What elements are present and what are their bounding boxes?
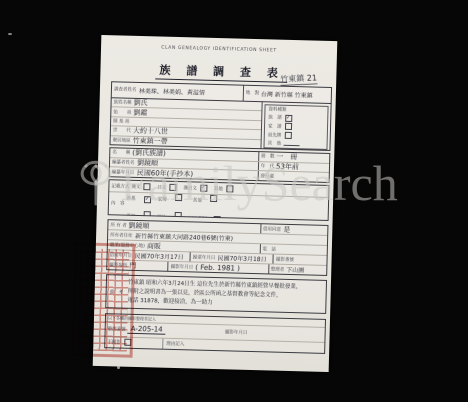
handwritten-page-note: 竹東鎮 21 [280, 72, 317, 86]
scan-speck [8, 33, 12, 35]
place-value: 台灣 新竹縣 竹東鎮 [261, 89, 314, 99]
return-date: 民國70年3月18日 [217, 253, 267, 263]
source-type-box: 資料種類 族 譜 ✓ 家 譜 祖先牌 [263, 104, 328, 150]
content-row: 內 容 世系 ✓ 系圖 家傳 照片 其他 (部分攝影) [109, 192, 329, 220]
section-book-info: 名 稱 (劉氏族譜) 冊 數 一 冊 編纂者姓名 劉鏡順 年 代 53年前 [109, 147, 331, 183]
english-header: CLAN GENEALOGY IDENTIFICATION SHEET [101, 44, 337, 55]
remarks-text: 竹東鎮 昭和六年3月24日生 這位先生於新竹縣竹東鎮經營早餐批發業， 所附之說明… [125, 276, 326, 313]
generations: 大約十八世 [132, 126, 168, 137]
checkbox-other-content [210, 195, 217, 202]
compile-date: 民國60年(手抄本) [136, 168, 193, 179]
seal-pattern [78, 248, 130, 351]
checkbox-genealogy: ✓ [285, 115, 292, 122]
settlement-area: 竹東鎮一帶 [132, 136, 168, 147]
checkbox-chart [143, 211, 150, 218]
volume-count: 一 冊 [276, 152, 298, 162]
section-content-type: 記載方式 漢文 日文 漢日文 ✓ 其他 內 容 世系 ✓ 系圖 [108, 179, 330, 221]
owner-name: 劉鏡順 [128, 220, 150, 231]
checkbox-partial-filming: ✓ [213, 216, 220, 220]
content-label: 內 容 [111, 200, 125, 206]
place-label: 地 點 [246, 90, 260, 96]
scanned-document-photo: CLAN GENEALOGY IDENTIFICATION SHEET 族 譜 … [0, 0, 468, 402]
checkbox-other-script [226, 185, 233, 192]
clan-surname: 劉氏 [133, 98, 148, 108]
checkbox-biography [175, 194, 182, 201]
occupation-value: 商販 [146, 241, 161, 251]
compiler-name: 劉鏡順 [136, 158, 158, 169]
other-blank-line [283, 141, 299, 146]
consent-value: 是 [283, 224, 291, 234]
surveyor-names: 林美珠、林美娟、黃溢情 [138, 86, 205, 97]
checkbox-mixed: ✓ [200, 185, 207, 192]
organizer-value: 下山園 [286, 265, 305, 274]
clan-fields: 族姓名稱 劉氏 始 祖 劉鑑 開 基 祖 世 代 大約十八世 [111, 98, 263, 148]
source-type-header: 資料種類 [268, 106, 286, 112]
filming-date: ( Feb. 1981 ) [195, 263, 240, 272]
first-ancestor: 劉鑑 [133, 108, 148, 118]
section-clan-info: 調查者姓名 林美珠、林美娟、黃溢情 地 點 台灣 新竹縣 竹東鎮 族姓名稱 劉氏… [109, 81, 332, 151]
era-value: 53年前 [276, 162, 300, 172]
script-label: 記載方式 [111, 183, 129, 189]
checkbox-family-record [284, 123, 291, 130]
book-title: (劉氏族譜) [132, 148, 166, 159]
red-seal-stamp [72, 242, 136, 358]
section-owner-info: 所 有 者 劉鏡順 借用同意 是 所有者住址 新竹縣竹東鎮大同路240巷6號(竹… [106, 219, 328, 276]
checkbox-chinese [143, 183, 150, 190]
surveyor-label: 調查者姓名 [114, 87, 137, 94]
form-title: 族 譜 調 查 表 [155, 61, 288, 82]
section-admin: 以下各欄由攝影整理者記入 整理番號 A-205-14 攝影年月日 不攝影 [104, 313, 326, 354]
checkbox-ancestor-tablet [284, 132, 291, 139]
borrow-date: 民國70年3月17日 [134, 251, 184, 261]
section-remarks: 備 考 竹東鎮 昭和六年3月24日生 這位先生於新竹縣竹東鎮經營早餐批發業， 所… [105, 274, 327, 314]
checkbox-japanese [169, 184, 176, 191]
checkbox-lineage: ✓ [144, 197, 151, 204]
checkbox-photo [174, 212, 181, 219]
